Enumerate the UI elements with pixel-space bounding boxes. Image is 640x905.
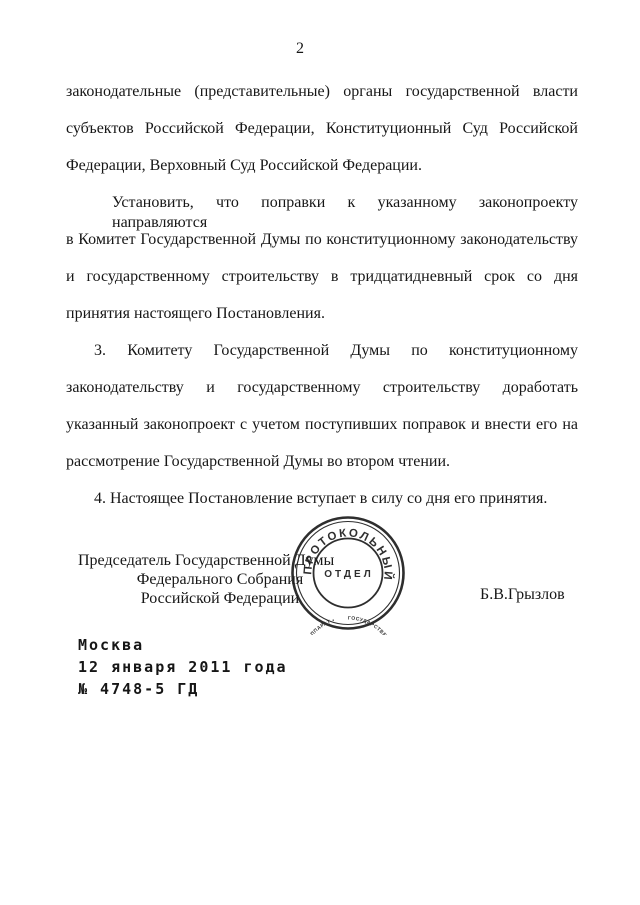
body-line: Федерации, Верховный Суд Российской Феде… bbox=[66, 156, 578, 193]
issuance-date: 12 января 2011 года bbox=[78, 656, 288, 678]
body-line: рассмотрение Государственной Думы во вто… bbox=[66, 452, 578, 489]
page-number: 2 bbox=[270, 40, 330, 58]
document-page: 2 законодательные (представительные) орг… bbox=[0, 0, 640, 905]
body-line: принятия настоящего Постановления. bbox=[66, 304, 578, 341]
body-line: субъектов Российской Федерации, Конститу… bbox=[66, 119, 578, 156]
body-line: законодательству и государственному стро… bbox=[66, 378, 578, 415]
signer-name: Б.В.Грызлов bbox=[480, 586, 565, 604]
stamp-center-text: ОТДЕЛ bbox=[324, 569, 373, 580]
body-line: Установить, что поправки к указанному за… bbox=[66, 193, 578, 230]
issuance-city: Москва bbox=[78, 634, 288, 656]
issuance-number: № 4748-5 ГД bbox=[78, 678, 288, 700]
body-line: и государственному строительству в тридц… bbox=[66, 267, 578, 304]
issuance-block: Москва 12 января 2011 года № 4748-5 ГД bbox=[78, 634, 288, 700]
protocol-department-stamp-seal: ГОСУДАРСТВЕННОЙ ДУМЫ ФЕДЕРАЛЬНОГО СОБРАН… bbox=[286, 511, 410, 635]
stamp-ring-text: ГОСУДАРСТВЕННОЙ ДУМЫ ФЕДЕРАЛЬНОГО СОБРАН… bbox=[297, 615, 398, 635]
document-body: законодательные (представительные) орган… bbox=[66, 82, 578, 526]
body-line: законодательные (представительные) орган… bbox=[66, 82, 578, 119]
body-line: в Комитет Государственной Думы по консти… bbox=[66, 230, 578, 267]
body-line: 3. Комитету Государственной Думы по конс… bbox=[66, 341, 578, 378]
body-line: указанный законопроект с учетом поступив… bbox=[66, 415, 578, 452]
